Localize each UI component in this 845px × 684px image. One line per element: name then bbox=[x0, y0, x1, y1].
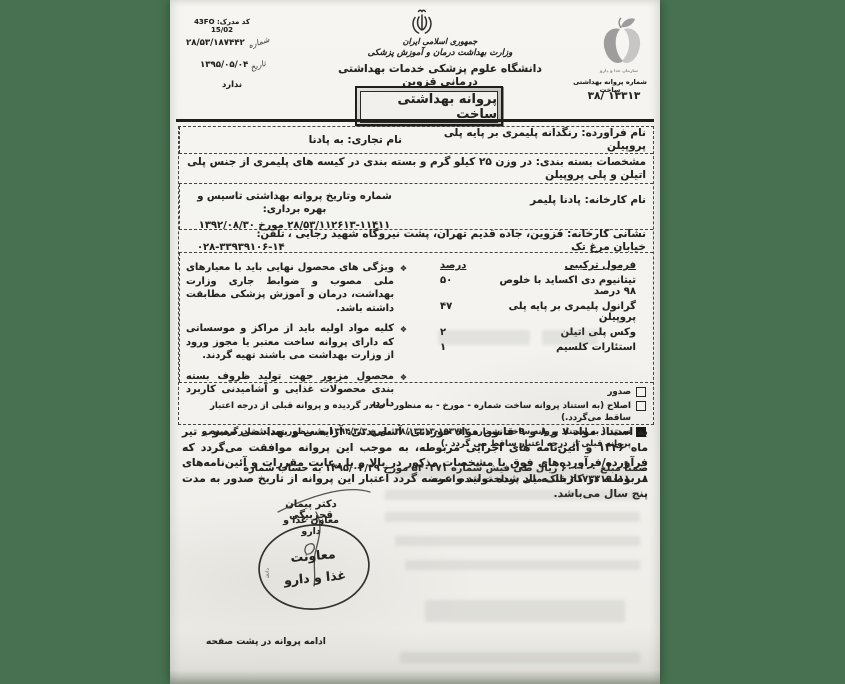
condition-item: ❖ ویژگی های محصول نهایی باید با معیارهای… bbox=[186, 261, 407, 315]
trade-name-cell: نام تجاری: به پادنا bbox=[179, 127, 409, 153]
formula-header-percent: درصد bbox=[426, 260, 492, 271]
row-packaging: مشخصات بسته بندی: در وزن ۲۵ کیلو گرم و ب… bbox=[179, 154, 653, 184]
row-product: نام فراورده: رنگدانه پلیمری بر پایه پلی … bbox=[179, 127, 653, 154]
issue-option-label: صدور bbox=[607, 386, 631, 399]
formula-cell: فرمول ترکیبی درصد تیتانیوم دی اکساید با … bbox=[416, 253, 653, 382]
header-divider bbox=[176, 119, 654, 122]
bleedthrough-artifact bbox=[405, 560, 640, 570]
bleedthrough-artifact bbox=[395, 468, 640, 478]
diamond-bullet-icon: ❖ bbox=[400, 323, 407, 337]
condition-item: ❖ کلیه مواد اولیه باید از مراکز و موسسات… bbox=[186, 322, 407, 363]
formula-percent: ۵۰ bbox=[426, 275, 492, 297]
formula-percent: ۴۷ bbox=[426, 301, 492, 323]
condition-item: ❖ محصول مزبور جهت تولید ظروف بسته بندی م… bbox=[186, 370, 407, 411]
formula-ingredient: گرانول پلیمری بر پایه پلی پروپیلن bbox=[492, 301, 636, 323]
iran-emblem-icon bbox=[410, 9, 434, 36]
formula-ingredient: تیتانیوم دی اکساید با خلوص ۹۸ درصد bbox=[492, 275, 636, 297]
bleedthrough-artifact bbox=[425, 600, 625, 622]
svg-text:دانشگاه علوم پزشکی و خدمات بهد: دانشگاه علوم پزشکی و خدمات بهداشتی درمان… bbox=[250, 519, 272, 580]
formula-header-name: فرمول ترکیبی bbox=[492, 260, 636, 271]
bleedthrough-artifact bbox=[385, 512, 640, 522]
factory-phone: تلفن: ۱۴-۳۳۹۳۹۱۰۶-۰۲۸ bbox=[186, 228, 285, 254]
university-line: دانشگاه علوم پزشکی خدمات بهداشتی درمانی … bbox=[320, 62, 560, 88]
factory-name-cell: نام کارخانه: پادنا پلیمر bbox=[409, 184, 653, 229]
continue-note: ادامه پروانه در پشت صفحه bbox=[206, 637, 326, 647]
official-stamp: دانشگاه علوم پزشکی و خدمات بهداشتی درمان… bbox=[250, 515, 378, 619]
fdo-apple-logo-icon bbox=[598, 16, 646, 68]
row-address: نشانی کارخانه: قزوین، جاده قدیم تهران، پ… bbox=[179, 230, 653, 253]
establish-license-label: شماره وتاریخ پروانه بهداشتی تاسیس و بهره… bbox=[187, 190, 402, 216]
row-formula: فرمول ترکیبی درصد تیتانیوم دی اکساید با … bbox=[179, 253, 653, 383]
condition-text: ویژگی های محصول نهایی باید با معیارهای م… bbox=[186, 262, 394, 314]
bleedthrough-artifact bbox=[542, 330, 598, 345]
factory-address: نشانی کارخانه: قزوین، جاده قدیم تهران، پ… bbox=[285, 228, 646, 254]
stamp-rim-text: دانشگاه علوم پزشکی و خدمات بهداشتی درمان… bbox=[250, 519, 272, 580]
screenshot-root: { "colors": { "background_green": "#4771… bbox=[0, 0, 845, 684]
doc-code: کد مدرک: 43FO 15/02 bbox=[182, 18, 262, 34]
packaging-cell: مشخصات بسته بندی: در وزن ۲۵ کیلو گرم و ب… bbox=[179, 154, 653, 183]
condition-text: محصول مزبور جهت تولید ظروف بسته بندی محص… bbox=[186, 371, 394, 409]
condition-text: کلیه مواد اولیه باید از مراکز و موسساتی … bbox=[186, 323, 394, 361]
checkbox-sodur bbox=[636, 387, 646, 397]
bleedthrough-artifact bbox=[385, 490, 640, 500]
row-factory: نام کارخانه: پادنا پلیمر شماره وتاریخ پر… bbox=[179, 184, 653, 230]
license-form-table: نام فراورده: رنگدانه پلیمری بر پایه پلی … bbox=[178, 126, 654, 425]
bleedthrough-artifact bbox=[395, 536, 640, 546]
establish-license-cell: شماره وتاریخ پروانه بهداشتی تاسیس و بهره… bbox=[179, 184, 409, 229]
license-number-value: ۳۸/ ۱۳۳۱۳ bbox=[584, 90, 644, 102]
scanned-license-page: کد مدرک: 43FO 15/02 ۲۸/۵۳/۱۸۷۴۴۲ شماره ۱… bbox=[170, 0, 660, 684]
fdo-caption: سازمان غذا و دارو bbox=[588, 68, 650, 73]
letter-number-label: شماره bbox=[247, 35, 271, 50]
diamond-bullet-icon: ❖ bbox=[400, 262, 407, 276]
bleedthrough-artifact bbox=[438, 330, 530, 345]
republic-line: جمهوری اسلامی ایران bbox=[355, 37, 525, 46]
letter-date-value: ۱۳۹۵/۰۵/۰۴ bbox=[200, 60, 252, 70]
letter-number-value: ۲۸/۵۳/۱۸۷۴۴۲ bbox=[186, 38, 248, 48]
product-name-cell: نام فراورده: رنگدانه پلیمری بر پایه پلی … bbox=[409, 127, 653, 153]
ministry-line: وزارت بهداشت درمان و آموزش پزشکی bbox=[345, 48, 535, 58]
diamond-bullet-icon: ❖ bbox=[400, 371, 407, 385]
conditions-cell: ❖ ویژگی های محصول نهایی باید با معیارهای… bbox=[179, 253, 416, 382]
formula-row: تیتانیوم دی اکساید با خلوص ۹۸ درصد ۵۰ bbox=[416, 275, 646, 297]
page-title: پروانه بهداشتی ساخت bbox=[361, 92, 497, 122]
formula-row: گرانول پلیمری بر پایه پلی پروپیلن ۴۷ bbox=[416, 301, 646, 323]
checkbox-eslah bbox=[636, 401, 646, 411]
bleedthrough-artifact bbox=[400, 652, 640, 663]
attachment-value: ندارد bbox=[222, 79, 242, 89]
